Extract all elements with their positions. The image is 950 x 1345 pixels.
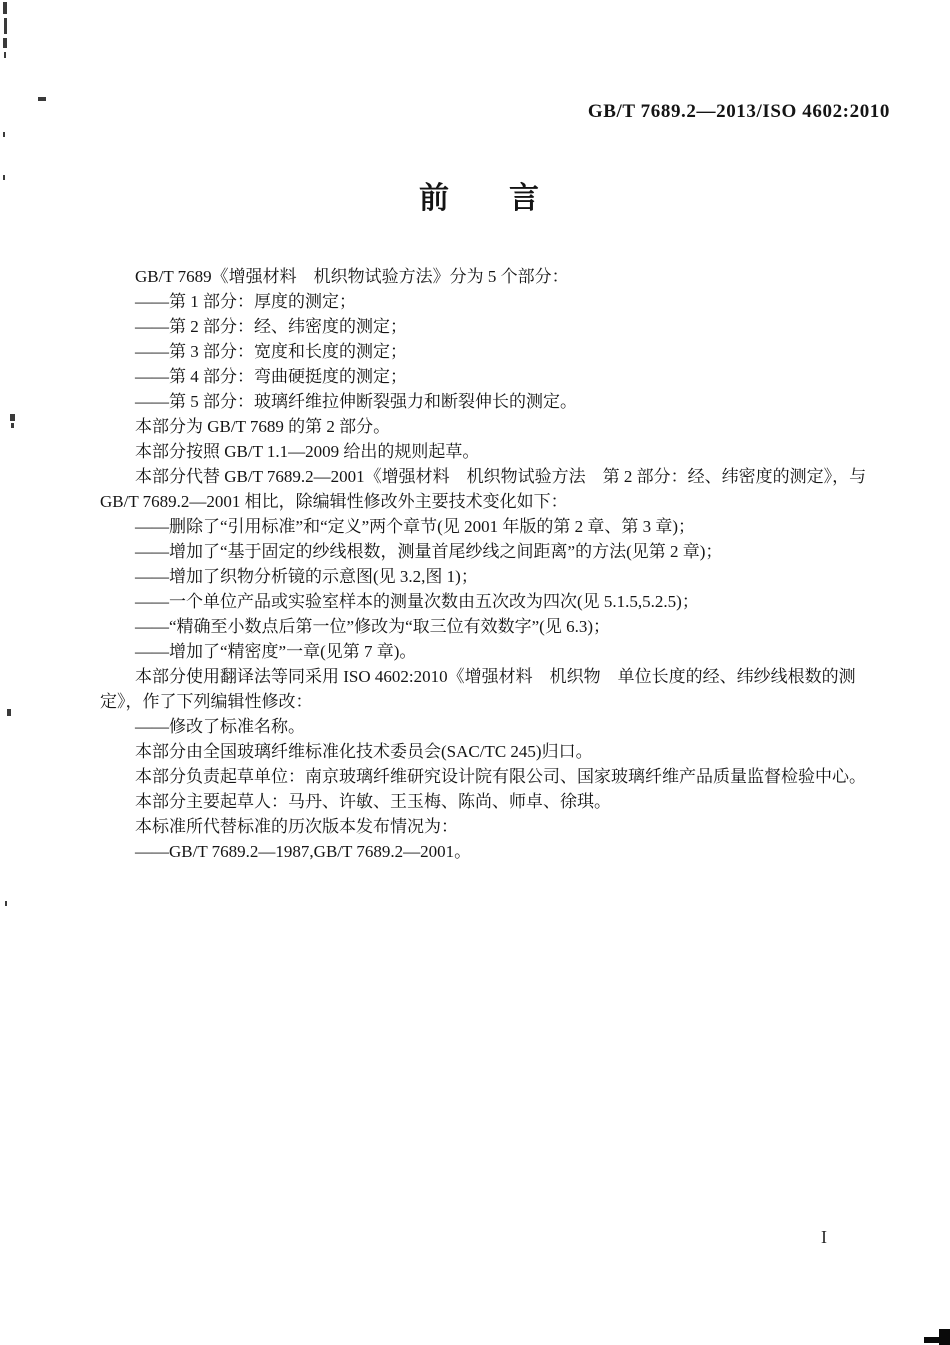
scan-speckle — [7, 709, 11, 716]
scan-speckle — [4, 52, 6, 58]
body-line: 定》，作了下列编辑性修改： — [100, 689, 860, 714]
body-line: ——增加了“精密度”一章(见第 7 章)。 — [100, 639, 860, 664]
document-page: GB/T 7689.2—2013/ISO 4602:2010 前 言 GB/T … — [0, 0, 950, 1345]
body-line: ——增加了织物分析镜的示意图(见 3.2,图 1)； — [100, 564, 860, 589]
body-line: ——修改了标准名称。 — [100, 714, 860, 739]
body-line: ——删除了“引用标准”和“定义”两个章节(见 2001 年版的第 2 章、第 3… — [100, 514, 860, 539]
body-line: ——第 5 部分：玻璃纤维拉伸断裂强力和断裂伸长的测定。 — [100, 389, 860, 414]
body-line: ——第 2 部分：经、纬密度的测定； — [100, 314, 860, 339]
body-line: ——第 4 部分：弯曲硬挺度的测定； — [100, 364, 860, 389]
page-number: I — [821, 1227, 827, 1248]
scan-speckle — [3, 2, 7, 14]
body-line: 本部分为 GB/T 7689 的第 2 部分。 — [100, 414, 860, 439]
body-line: GB/T 7689《增强材料 机织物试验方法》分为 5 个部分： — [100, 264, 860, 289]
scan-speckle — [38, 97, 46, 101]
page-title: 前 言 — [100, 183, 858, 215]
scan-speckle — [10, 414, 15, 421]
body-line: ——增加了“基于固定的纱线根数，测量首尾纱线之间距离”的方法(见第 2 章)； — [100, 539, 860, 564]
body-line: GB/T 7689.2—2001 相比，除编辑性修改外主要技术变化如下： — [100, 489, 860, 514]
scan-speckle — [4, 18, 7, 34]
scan-speckle — [3, 38, 7, 48]
body-line: 本部分由全国玻璃纤维标准化技术委员会(SAC/TC 245)归口。 — [100, 739, 860, 764]
body-line: ——第 1 部分：厚度的测定； — [100, 289, 860, 314]
standard-code: GB/T 7689.2—2013/ISO 4602:2010 — [588, 101, 890, 123]
body-line: 本部分使用翻译法等同采用 ISO 4602:2010《增强材料 机织物 单位长度… — [100, 664, 860, 689]
body-line: 本部分代替 GB/T 7689.2—2001《增强材料 机织物试验方法 第 2 … — [100, 464, 860, 489]
scan-speckle — [3, 175, 5, 180]
body-line: ——一个单位产品或实验室样本的测量次数由五次改为四次(见 5.1.5,5.2.5… — [100, 589, 860, 614]
body-line: 本部分主要起草人：马丹、许敏、王玉梅、陈尚、师卓、徐琪。 — [100, 789, 860, 814]
scan-speckle — [5, 901, 7, 906]
body-line: ——第 3 部分：宽度和长度的测定； — [100, 339, 860, 364]
body-line: 本部分按照 GB/T 1.1—2009 给出的规则起草。 — [100, 439, 860, 464]
scan-artifact-bottom-right — [939, 1329, 950, 1345]
scan-speckle — [11, 423, 14, 428]
foreword-body: GB/T 7689《增强材料 机织物试验方法》分为 5 个部分：——第 1 部分… — [100, 264, 860, 864]
body-line: 本标准所代替标准的历次版本发布情况为： — [100, 814, 860, 839]
body-line: 本部分负责起草单位：南京玻璃纤维研究设计院有限公司、国家玻璃纤维产品质量监督检验… — [100, 764, 860, 789]
scan-speckle — [3, 132, 5, 137]
body-line: ——“精确至小数点后第一位”修改为“取三位有效数字”(见 6.3)； — [100, 614, 860, 639]
body-line: ——GB/T 7689.2—1987,GB/T 7689.2—2001。 — [100, 839, 860, 864]
